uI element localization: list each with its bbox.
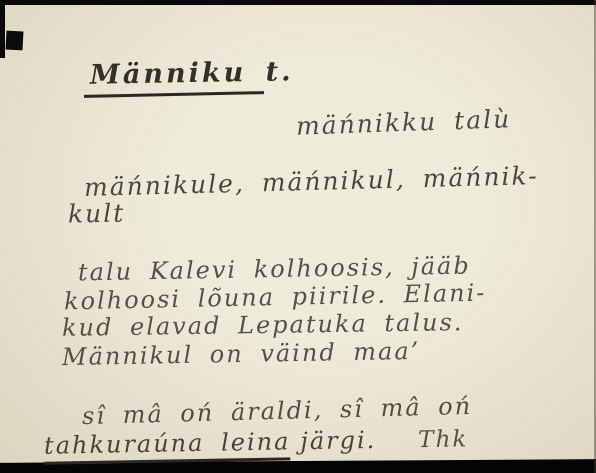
- scan-edge-left: [0, 0, 5, 58]
- phonetic-transcription: mäńnikku talù: [296, 104, 512, 140]
- description-line: Männikul on väind maa’: [62, 337, 421, 371]
- note-line-2: tahkuraúna leinajärgi.Thk: [44, 424, 469, 459]
- note-underlined-phrase: tahkuraúna leina: [44, 427, 291, 464]
- card-title-underline: [84, 91, 264, 98]
- scan-edge-top: [0, 0, 596, 5]
- card-title: Männiku t.: [90, 56, 294, 91]
- scan-corner-blot: [6, 31, 24, 51]
- note-tail: järgi.: [300, 426, 376, 455]
- collector-initials: Thk: [418, 426, 469, 453]
- case-forms-line-1: mäńnikule, mäńnikul, mäńnik-: [84, 161, 539, 202]
- case-forms-line-2: kult: [68, 199, 126, 229]
- scanned-card: Männiku t. mäńnikku talù mäńnikule, mäńn…: [0, 0, 596, 473]
